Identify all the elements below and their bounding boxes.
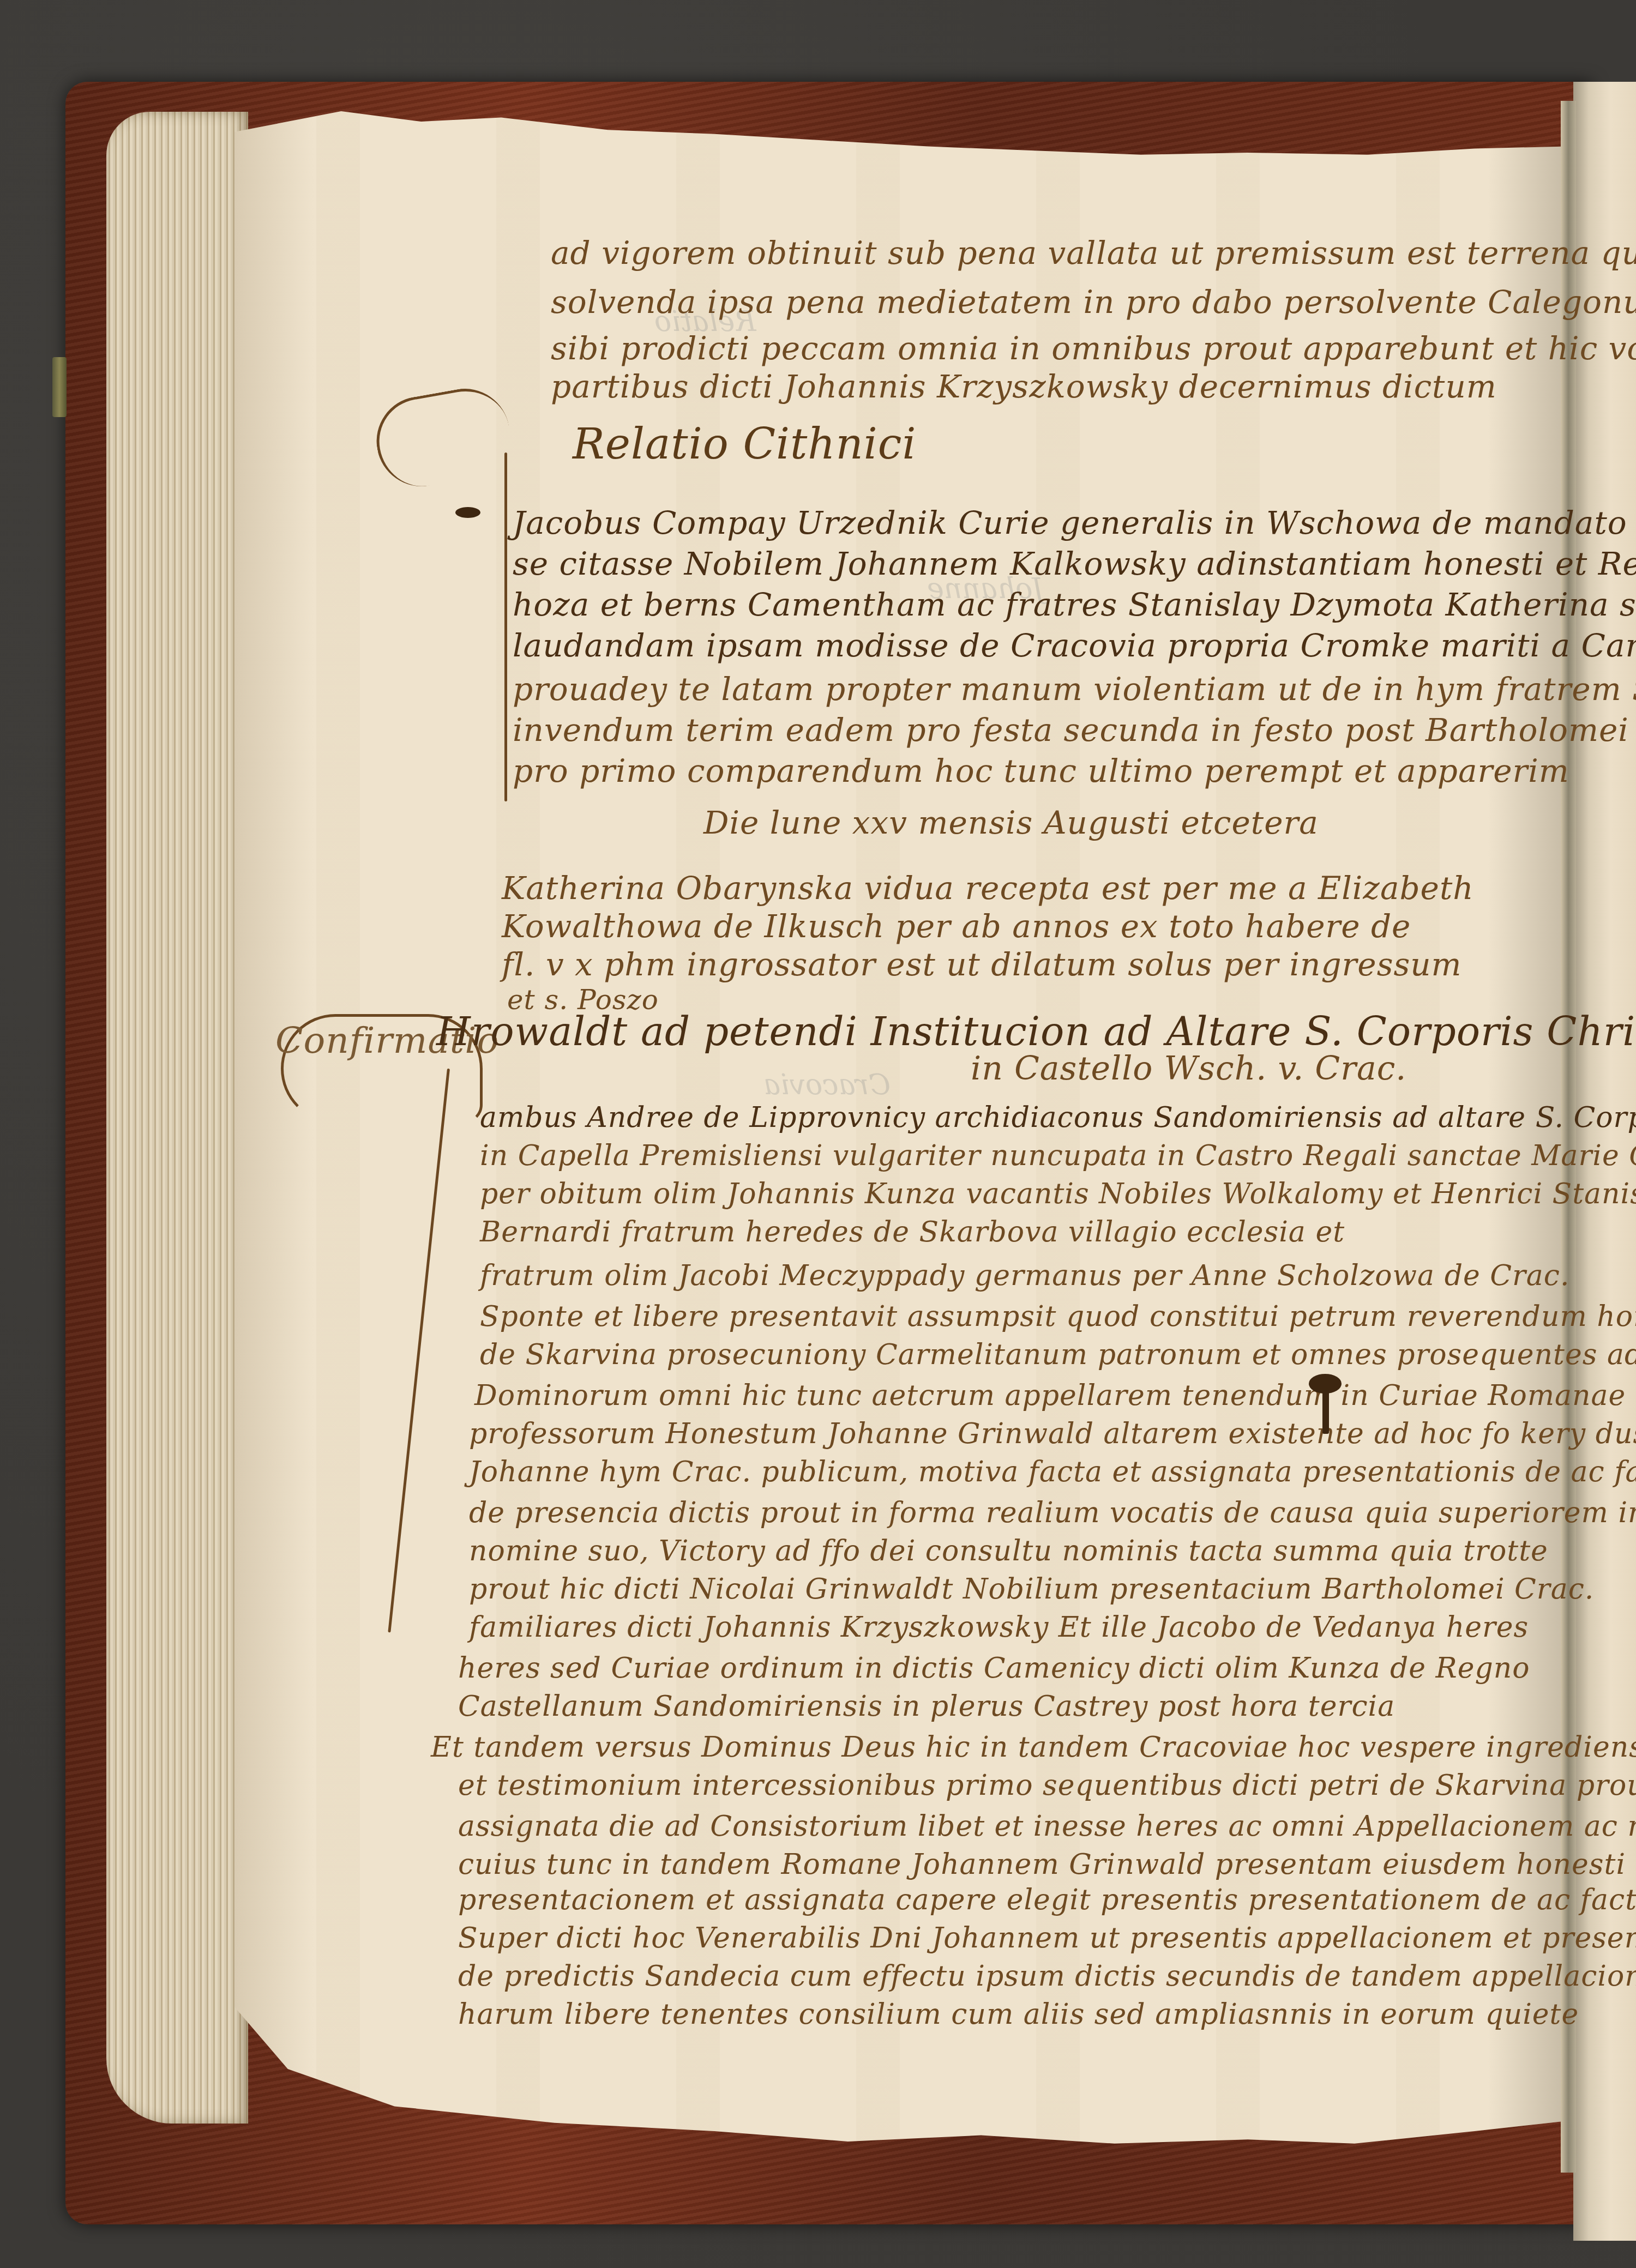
text-line: Super dicti hoc Venerabilis Dni Johannem… [458, 1922, 1636, 1955]
text-line: harum libere tenentes consilium cum alii… [458, 1998, 1579, 2031]
text-line: in Capella Premisliensi vulgariter nuncu… [480, 1139, 1636, 1172]
section-heading-relatio: Relatio Cithnici [573, 420, 916, 469]
text-line: ad vigorem obtinuit sub pena vallata ut … [551, 234, 1636, 272]
metal-clasp [52, 357, 67, 417]
text-line: laudandam ipsam modisse de Cracovia prop… [513, 627, 1636, 664]
text-line: de predictis Sandecia cum effectu ipsum … [458, 1960, 1636, 1993]
text-line: familiares dicti Johannis Krzyszkowsky E… [469, 1611, 1529, 1644]
page-edge-stack [106, 112, 248, 2124]
text-line: per obitum olim Johannis Kunza vacantis … [480, 1178, 1636, 1210]
section-heading-confirmatio: Hrowaldt ad petendi Institucion ad Altar… [436, 1009, 1636, 1054]
text-line: prouadey te latam propter manum violenti… [513, 671, 1636, 708]
text-line: Johanne hym Crac. publicum, motiva facta… [469, 1456, 1636, 1488]
text-line: invendum terim eadem pro festa secunda i… [513, 711, 1636, 749]
text-line: fl. v x phm ingrossator est ut dilatum s… [502, 946, 1462, 983]
text-line: ambus Andree de Lipprovnicy archidiaconu… [480, 1101, 1636, 1134]
text-line: Sponte et libere presentavit assumpsit q… [480, 1300, 1636, 1333]
section-subheading: in Castello Wsch. v. Crac. [971, 1049, 1406, 1088]
text-line: Jacobus Compay Urzednik Curie generalis … [513, 504, 1636, 541]
text-line: presentacionem et assignata capere elegi… [458, 1884, 1636, 1916]
text-line: Et tandem versus Dominus Deus hic in tan… [431, 1731, 1636, 1764]
text-line: nomine suo, Victory ad ffo dei consultu … [469, 1535, 1548, 1567]
text-line: Kowalthowa de Ilkusch per ab annos ex to… [502, 908, 1411, 945]
text-line: assignata die ad Consistorium libet et i… [458, 1810, 1636, 1843]
text-line: cuius tunc in tandem Romane Johannem Gri… [458, 1848, 1626, 1881]
text-line: prout hic dicti Nicolai Grinwaldt Nobili… [469, 1573, 1594, 1606]
text-line: Katherina Obarynska vidua recepta est pe… [502, 870, 1474, 907]
text-line: Dominorum omni hic tunc aetcrum appellar… [474, 1379, 1636, 1412]
text-line: heres sed Curiae ordinum in dictis Camen… [458, 1652, 1530, 1685]
text-line: et testimonium intercessionibus primo se… [458, 1769, 1636, 1802]
date-line: Die lune xxv mensis Augusti etcetera [703, 804, 1319, 841]
section-bracket-line [504, 453, 507, 801]
text-line: de presencia dictis prout in forma reali… [469, 1497, 1636, 1529]
text-line: partibus dicti Johannis Krzyszkowsky dec… [551, 368, 1497, 405]
ink-stroke [1322, 1385, 1329, 1434]
text-line: Bernardi fratrum heredes de Skarbova vil… [480, 1216, 1345, 1248]
text-line: fratrum olim Jacobi Meczyppady germanus … [480, 1259, 1570, 1292]
text-line: professorum Honestum Johanne Grinwald al… [469, 1417, 1636, 1450]
text-line: hoza et berns Camentham ac fratres Stani… [513, 586, 1636, 623]
text-line: sibi prodicti peccam omnia in omnibus pr… [551, 330, 1636, 367]
bleed-through-text: Cracovia [763, 1069, 891, 1101]
ink-blot [455, 507, 480, 518]
text-line: Castellanum Sandomiriensis in plerus Cas… [458, 1690, 1395, 1723]
text-line: solvenda ipsa pena medietatem in pro dab… [551, 283, 1636, 321]
text-line: pro primo comparendum hoc tunc ultimo pe… [513, 752, 1569, 789]
text-line: de Skarvina prosecuniony Carmelitanum pa… [480, 1338, 1636, 1371]
text-line: se citasse Nobilem Johannem Kalkowsky ad… [513, 545, 1636, 582]
